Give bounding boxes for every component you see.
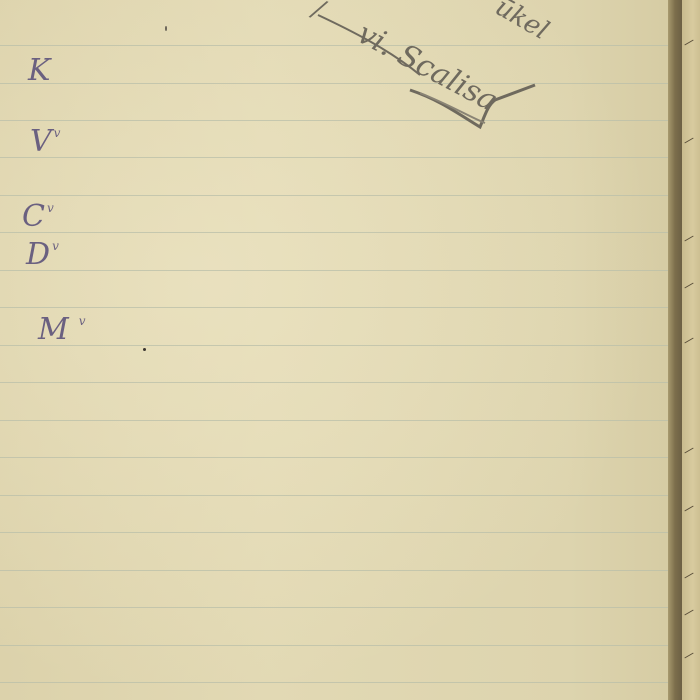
ruled-line — [0, 382, 668, 383]
margin-letter-k: K — [28, 56, 50, 86]
ruled-line — [0, 232, 668, 233]
margin-letter-d: Dv — [26, 240, 59, 270]
margin-letter-v: Vv — [30, 127, 60, 157]
ruled-line — [0, 345, 668, 346]
ruled-line — [0, 532, 668, 533]
ruled-line — [0, 270, 668, 271]
ruled-line — [0, 607, 668, 608]
ruled-line — [0, 457, 668, 458]
notebook-page: / vi. Scalisa ūkel K Vv Cv Dv Mv — [0, 0, 668, 700]
ruled-line — [0, 570, 668, 571]
ruled-line — [0, 420, 668, 421]
margin-letter-c: Cv — [22, 202, 54, 232]
ink-dot — [165, 26, 167, 31]
ruled-line — [0, 157, 668, 158]
ruled-line — [0, 307, 668, 308]
ruled-line — [0, 682, 668, 683]
ruled-line — [0, 195, 668, 196]
ruled-line — [0, 495, 668, 496]
ink-dot — [143, 348, 146, 351]
margin-letter-m: Mv — [38, 315, 86, 345]
book-gutter — [668, 0, 682, 700]
ruled-line — [0, 645, 668, 646]
facing-page-edge — [682, 0, 700, 700]
